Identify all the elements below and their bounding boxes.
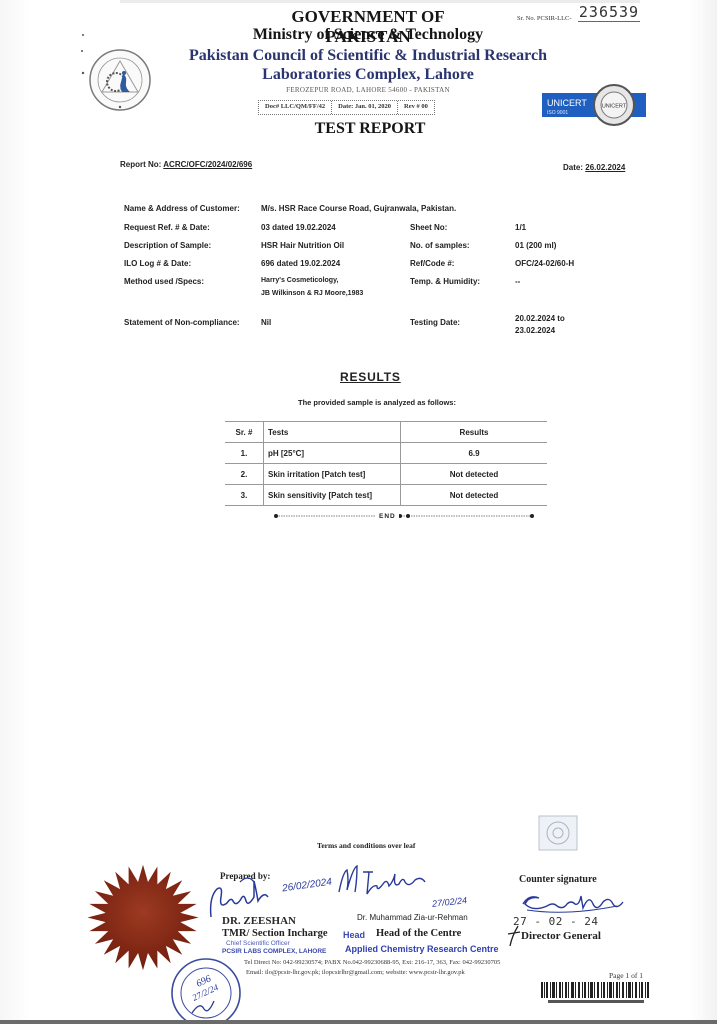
contact-numbers: Tel Direct No: 042-99230574; PABX No.042… (244, 959, 500, 966)
contact-email: Email: ilo@pcsir-lhr.gov.pk; ilopcsirlhr… (246, 969, 465, 976)
sheet-no-label: Sheet No: (410, 223, 447, 232)
end-divider (270, 511, 538, 521)
page-edge (120, 0, 640, 3)
barcode-icon (541, 982, 649, 998)
row-sr: 2. (225, 464, 264, 485)
svg-text:ISO 9001: ISO 9001 (547, 110, 568, 116)
report-number-value: ACRC/OFC/2024/02/696 (163, 160, 252, 169)
row-test: Skin irritation [Patch test] (264, 464, 401, 485)
non-compliance-label: Statement of Non-compliance: (124, 318, 240, 327)
ministry-heading: Ministry of Science & Technology (220, 26, 516, 44)
samples-count-value: 01 (200 ml) (515, 241, 556, 250)
method-value-line1: Harry's Cosmeticology, (261, 277, 338, 284)
results-header-row: Sr. # Tests Results (225, 422, 547, 443)
serial-label: Sr. No. PCSIR-LLC- (517, 15, 572, 22)
ilo-log-value: 696 dated 19.02.2024 (261, 259, 340, 268)
head-of-centre-label: Head of the Centre (376, 928, 461, 939)
doc-revision: Rev # 00 (398, 101, 434, 114)
results-subtitle: The provided sample is analyzed as follo… (298, 398, 456, 407)
col-header-tests: Tests (264, 422, 401, 443)
unicert-badge: UNICERT ISO 9001 UNICERT (542, 84, 648, 126)
head-stamp-text: Head (343, 930, 365, 940)
ref-code-label: Ref/Code #: (410, 259, 454, 268)
test-report-document: GOVERNMENT OF PAKISTAN Ministry of Scien… (0, 0, 717, 1024)
terms-note: Terms and conditions over leaf (317, 841, 415, 850)
doc-number: Doc# LLC/QM/FF/42 (259, 101, 332, 114)
testing-date-label: Testing Date: (410, 318, 460, 327)
row-result: Not detected (401, 485, 548, 506)
laboratory-heading: Laboratories Complex, Lahore (240, 66, 496, 84)
testing-date-value-line2: 23.02.2024 (515, 326, 555, 335)
council-heading: Pakistan Council of Scientific & Industr… (180, 47, 556, 65)
svg-text:UNICERT: UNICERT (547, 98, 587, 108)
preparer-name: DR. ZEESHAN (222, 915, 296, 927)
approver-name: Dr. Muhammad Zia-ur-Rehman (357, 913, 468, 922)
director-general-label: Director General (521, 930, 601, 942)
report-number: Report No: ACRC/OFC/2024/02/696 (120, 160, 252, 169)
col-header-sr: Sr. # (225, 422, 264, 443)
report-title: TEST REPORT (300, 120, 440, 138)
centre-name-stamp: Applied Chemistry Research Centre (345, 944, 499, 954)
end-marker: END (376, 513, 399, 520)
counter-signature-label: Counter signature (519, 874, 597, 885)
method-value-line2: JB Wilkinson & RJ Moore,1983 (261, 290, 363, 297)
request-ref-value: 03 dated 19.02.2024 (261, 223, 336, 232)
row-test: pH [25°C] (264, 443, 401, 464)
counter-signature-icon (517, 890, 635, 916)
document-control-box: Doc# LLC/QM/FF/42 Date: Jan. 01, 2020 Re… (258, 100, 435, 115)
temp-humidity-label: Temp. & Humidity: (410, 277, 480, 286)
pcsir-logo-icon (88, 40, 152, 120)
non-compliance-value: Nil (261, 318, 271, 327)
table-row: 1. pH [25°C] 6.9 (225, 443, 547, 464)
row-sr: 3. (225, 485, 264, 506)
row-result: 6.9 (401, 443, 548, 464)
request-ref-label: Request Ref. # & Date: (124, 223, 210, 232)
initial-mark-icon (506, 924, 522, 948)
barcode-caption-icon (548, 999, 644, 1005)
method-label: Method used /Specs: (124, 277, 204, 286)
page-indicator: Page 1 of 1 (609, 971, 643, 980)
results-heading: RESULTS (340, 370, 401, 384)
testing-date-value-line1: 20.02.2024 to (515, 314, 565, 323)
sheet-no-value: 1/1 (515, 223, 526, 232)
lab-address: FEROZEPUR ROAD, LAHORE 54600 - PAKISTAN (250, 86, 486, 94)
row-sr: 1. (225, 443, 264, 464)
counter-sign-date: 27 - 02 - 24 (513, 915, 598, 928)
col-header-results: Results (401, 422, 548, 443)
report-number-label: Report No: (120, 160, 161, 169)
ref-code-value: OFC/24-02/60-H (515, 259, 574, 268)
section-incharge-label: TMR/ Section Incharge (222, 928, 328, 939)
approver-sign-date: 27/02/24 (432, 895, 468, 909)
row-test: Skin sensitivity [Patch test] (264, 485, 401, 506)
preparer-org: PCSIR LABS COMPLEX, LAHORE (222, 948, 326, 955)
temp-humidity-value: -- (515, 277, 520, 286)
unicert-iso-icon: UNICERT ISO 9001 UNICERT (542, 84, 648, 126)
results-table: Sr. # Tests Results 1. pH [25°C] 6.9 2. … (225, 421, 547, 506)
ilo-log-label: ILO Log # & Date: (124, 259, 191, 268)
row-result: Not detected (401, 464, 548, 485)
sample-description-value: HSR Hair Nutrition Oil (261, 241, 344, 250)
table-row: 3. Skin sensitivity [Patch test] Not det… (225, 485, 547, 506)
customer-label: Name & Address of Customer: (124, 204, 240, 213)
bottom-edge (0, 1020, 717, 1024)
table-row: 2. Skin irritation [Patch test] Not dete… (225, 464, 547, 485)
round-stamp-icon: 696 27/2/24 (168, 955, 244, 1024)
report-date-label: Date: (563, 163, 583, 172)
preparer-title: Chief Scientific Officer (226, 940, 290, 947)
report-date-value: 26.02.2024 (585, 163, 625, 172)
faded-seal-icon (538, 815, 578, 851)
serial-number: 236539 (578, 3, 640, 22)
samples-count-label: No. of samples: (410, 241, 470, 250)
svg-text:UNICERT: UNICERT (602, 104, 627, 110)
sample-description-label: Description of Sample: (124, 241, 211, 250)
customer-value: M/s. HSR Race Course Road, Gujranwala, P… (261, 204, 456, 213)
report-date: Date: 26.02.2024 (563, 163, 625, 172)
doc-date: Date: Jan. 01, 2020 (332, 101, 398, 114)
